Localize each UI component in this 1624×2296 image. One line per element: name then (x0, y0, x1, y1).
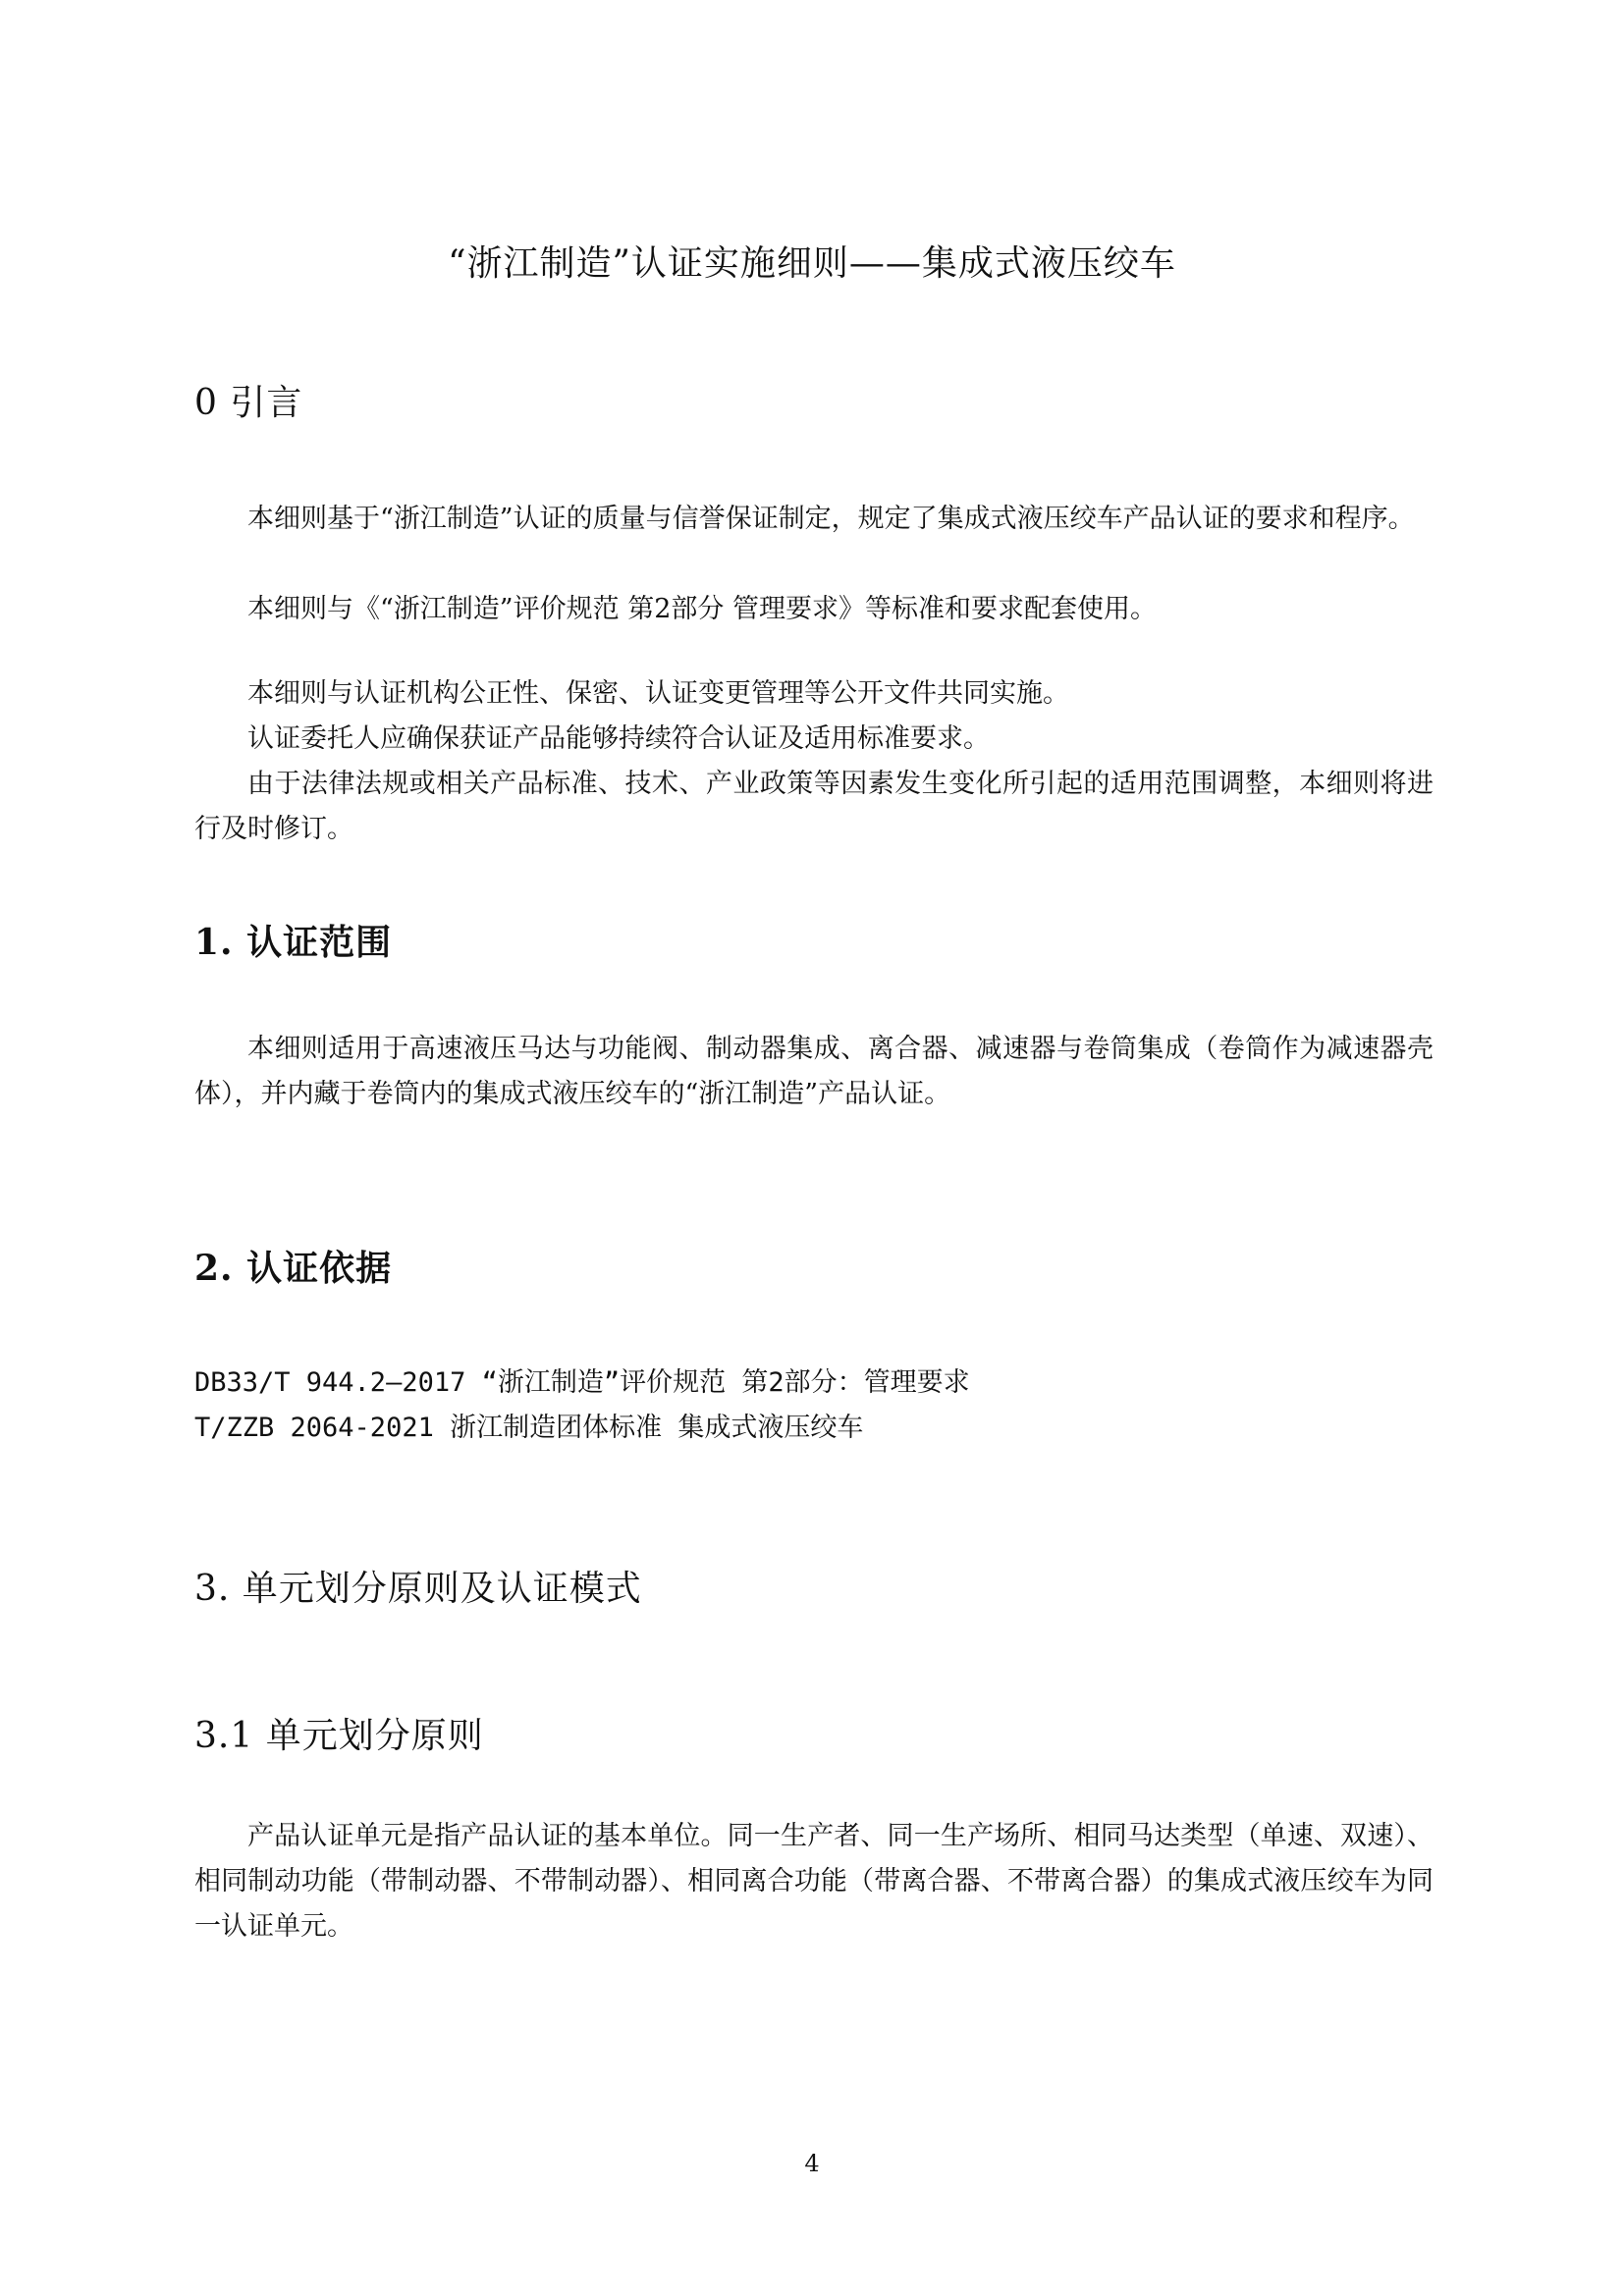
page-number: 4 (0, 2150, 1624, 2177)
units-paragraph-1: 产品认证单元是指产品认证的基本单位。同一生产者、同一生产场所、相同马达类型（单速… (194, 1814, 1434, 1949)
section-heading-intro: 0 引言 (194, 375, 302, 425)
section-heading-scope: 1. 认证范围 (194, 915, 392, 965)
scope-paragraph-1: 本细则适用于高速液压马达与功能阀、制动器集成、离合器、减速器与卷筒集成（卷筒作为… (194, 1027, 1434, 1117)
reference-standard-1: DB33/T 944.2—2017 “浙江制造”评价规范 第2部分：管理要求 (194, 1361, 970, 1406)
intro-paragraph-2: 本细则与《“浙江制造”评价规范 第2部分 管理要求》等标准和要求配套使用。 (194, 587, 1434, 632)
intro-paragraph-4: 认证委托人应确保获证产品能够持续符合认证及适用标准要求。 (194, 717, 1434, 762)
subsection-heading-3-1: 3.1 单元划分原则 (194, 1708, 484, 1758)
reference-standard-2: T/ZZB 2064-2021 浙江制造团体标准 集成式液压绞车 (194, 1406, 863, 1451)
document-page: “浙江制造”认证实施细则——集成式液压绞车 0 引言 本细则基于“浙江制造”认证… (0, 0, 1624, 2296)
document-title: “浙江制造”认证实施细则——集成式液压绞车 (0, 236, 1624, 286)
section-heading-basis: 2. 认证依据 (194, 1241, 392, 1291)
section-heading-units: 3. 单元划分原则及认证模式 (194, 1561, 642, 1611)
intro-paragraph-3: 本细则与认证机构公正性、保密、认证变更管理等公开文件共同实施。 (194, 671, 1434, 717)
intro-paragraph-5: 由于法律法规或相关产品标准、技术、产业政策等因素发生变化所引起的适用范围调整，本… (194, 762, 1434, 852)
intro-paragraph-1: 本细则基于“浙江制造”认证的质量与信誉保证制定，规定了集成式液压绞车产品认证的要… (194, 497, 1434, 542)
